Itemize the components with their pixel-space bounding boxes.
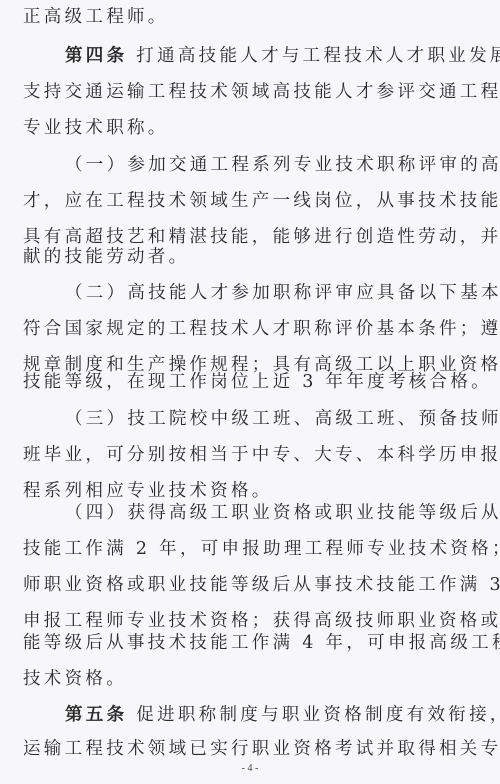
text-line: 才，应在工程技术领域生产一线岗位，从事技术技能工作， xyxy=(23,190,469,212)
text-line: 具有高超技艺和精湛技能，能够进行创造性劳动，并作出贡 xyxy=(23,226,469,248)
text-line: 运输工程技术领域已实行职业资格考试并取得相关专业职 xyxy=(23,738,469,760)
page-number: - 4 - xyxy=(0,763,500,774)
article-4-heading-line: 第四条 打通高技能人才与工程技术人才职业发展通道， xyxy=(65,45,469,67)
text-line: 班毕业，可分别按相当于中专、大专、本科学历申报交通工 xyxy=(23,444,469,466)
paragraph-1-line: （一）参加交通工程系列专业技术职称评审的高技能人 xyxy=(65,154,469,176)
text-line: 申报工程师专业技术资格；获得高级技师职业资格或职业技 xyxy=(23,610,469,632)
article-text: 打通高技能人才与工程技术人才职业发展通道， xyxy=(127,46,500,66)
text-line: 师职业资格或职业技能等级后从事技术技能工作满 3 年，可 xyxy=(23,574,469,596)
text-line: 程系列相应专业技术资格。 xyxy=(23,480,469,502)
paragraph-4-line: （四）获得高级工职业资格或职业技能等级后从事技术 xyxy=(65,502,469,524)
article-5-heading-line: 第五条 促进职称制度与职业资格制度有效衔接，交通 xyxy=(65,704,469,726)
text-line: 正高级工程师。 xyxy=(23,6,469,28)
article-label: 第五条 xyxy=(65,705,127,725)
text-line: 技能工作满 2 年，可申报助理工程师专业技术资格；获得技 xyxy=(23,538,469,560)
article-text: 促进职称制度与职业资格制度有效衔接，交通 xyxy=(127,705,500,725)
text-line: 技能等级，在现工作岗位上近 3 年年度考核合格。 xyxy=(23,371,469,393)
paragraph-2-line: （二）高技能人才参加职称评审应具备以下基本条件： xyxy=(65,282,469,304)
text-line: 专业技术职称。 xyxy=(23,117,469,139)
text-line: 支持交通运输工程技术领域高技能人才参评交通工程系列 xyxy=(23,81,469,103)
text-line: 献的技能劳动者。 xyxy=(23,246,469,268)
paragraph-3-line: （三）技工院校中级工班、高级工班、预备技师（技师） xyxy=(65,408,469,430)
text-line: 能等级后从事技术技能工作满 4 年，可申报高级工程师专业 xyxy=(23,632,469,654)
document-page: 正高级工程师。 第四条 打通高技能人才与工程技术人才职业发展通道， 支持交通运输… xyxy=(0,0,500,784)
text-line: 技术资格。 xyxy=(23,668,469,690)
article-label: 第四条 xyxy=(65,46,127,66)
text-line: 符合国家规定的工程技术人才职称评价基本条件；遵守单位 xyxy=(23,318,469,340)
